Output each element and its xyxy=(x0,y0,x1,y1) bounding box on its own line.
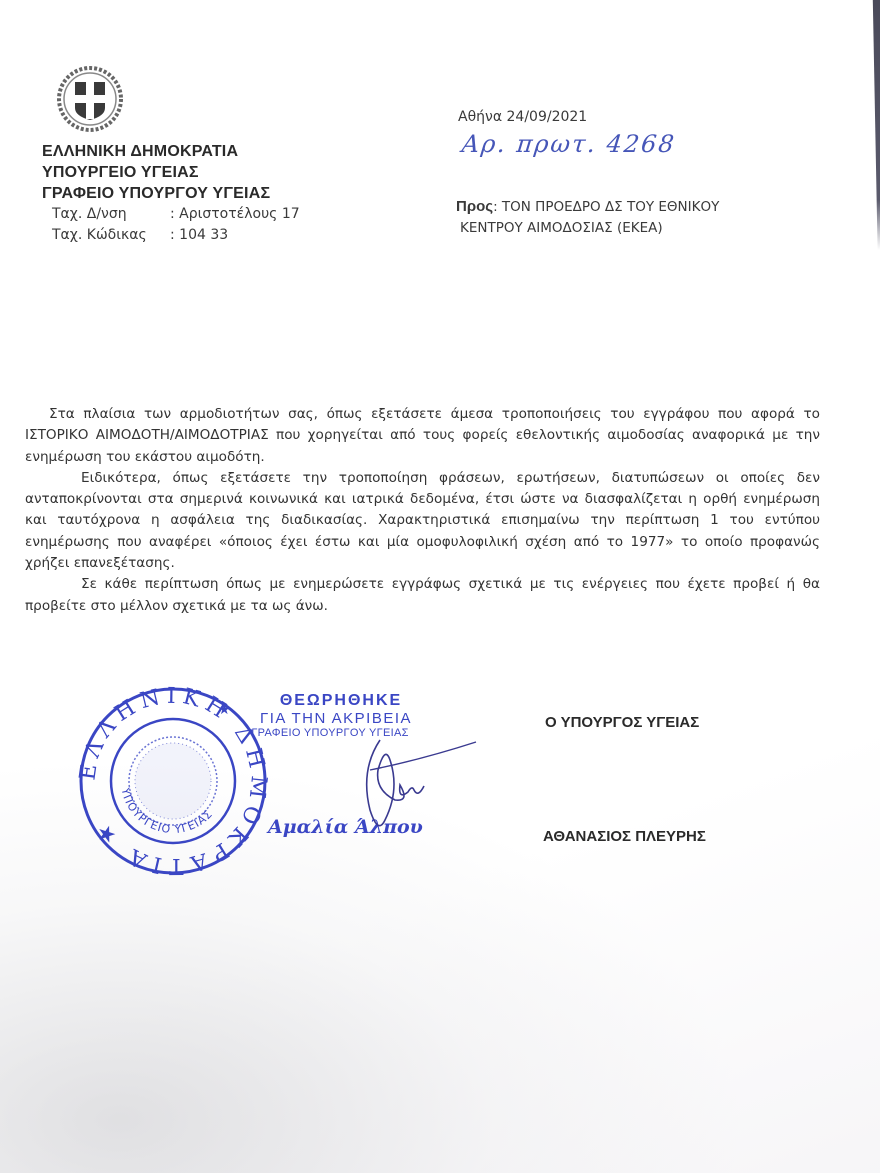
address-street-value: : Αριστοτέλους 17 xyxy=(170,204,300,225)
body-paragraph-2: Ειδικότερα, όπως εξετάσετε την τροποποίη… xyxy=(25,468,820,574)
signatory-title: Ο ΥΠΟΥΡΓΟΣ ΥΓΕΙΑΣ xyxy=(545,714,699,731)
sender-country: ΕΛΛΗΝΙΚΗ ΔΗΜΟΚΡΑΤΙΑ xyxy=(42,141,300,162)
letter-body: Στα πλαίσια των αρμοδιοτήτων σας, όπως ε… xyxy=(25,404,820,617)
body-paragraph-3: Σε κάθε περίπτωση όπως με ενημερώσετε εγ… xyxy=(25,574,820,617)
address-street-label: Ταχ. Δ/νση xyxy=(52,204,170,225)
recipient-block: Προς: ΤΟΝ ΠΡΟΕΔΡΟ ΔΣ ΤΟΥ ΕΘΝΙΚΟΥ ΚΕΝΤΡΟΥ… xyxy=(456,196,719,239)
body-paragraph-1: Στα πλαίσια των αρμοδιοτήτων σας, όπως ε… xyxy=(25,404,820,468)
address-postcode-label: Ταχ. Κώδικας xyxy=(52,225,170,246)
address-postcode-value: : 104 33 xyxy=(170,225,228,246)
stamp-accuracy-line: ΓΙΑ ΤΗΝ ΑΚΡΙΒΕΙΑ xyxy=(260,710,412,727)
date-line: Αθήνα 24/09/2021 xyxy=(458,109,587,125)
protocol-number-handwritten: Αρ. πρωτ. 4268 xyxy=(461,130,678,158)
background-edge xyxy=(872,0,880,250)
svg-text:★: ★ xyxy=(218,702,231,718)
recipient-line-1: : ΤΟΝ ΠΡΟΕΔΡΟ ΔΣ ΤΟΥ ΕΘΝΙΚΟΥ xyxy=(493,199,719,215)
recipient-label: Προς xyxy=(456,198,493,215)
recipient-line-2: ΚΕΝΤΡΟΥ ΑΙΜΟΔΟΣΙΑΣ (ΕΚΕΑ) xyxy=(460,218,719,239)
address-postcode-row: Ταχ. Κώδικας : 104 33 xyxy=(52,225,300,246)
signatory-name: ΑΘΑΝΑΣΙΟΣ ΠΛΕΥΡΗΣ xyxy=(543,828,706,845)
handwritten-signature xyxy=(340,730,480,840)
sender-ministry: ΥΠΟΥΡΓΕΙΟ ΥΓΕΙΑΣ xyxy=(42,162,300,183)
address-street-row: Ταχ. Δ/νση : Αριστοτέλους 17 xyxy=(52,204,300,225)
stamp-title: ΘΕΩΡΗΘΗΚΕ xyxy=(270,692,412,710)
sender-office: ΓΡΑΦΕΙΟ ΥΠΟΥΡΓΟΥ ΥΓΕΙΑΣ xyxy=(42,183,300,204)
greek-coat-of-arms-icon xyxy=(55,64,125,134)
sender-block: ΕΛΛΗΝΙΚΗ ΔΗΜΟΚΡΑΤΙΑ ΥΠΟΥΡΓΕΙΟ ΥΓΕΙΑΣ ΓΡΑ… xyxy=(42,141,300,246)
